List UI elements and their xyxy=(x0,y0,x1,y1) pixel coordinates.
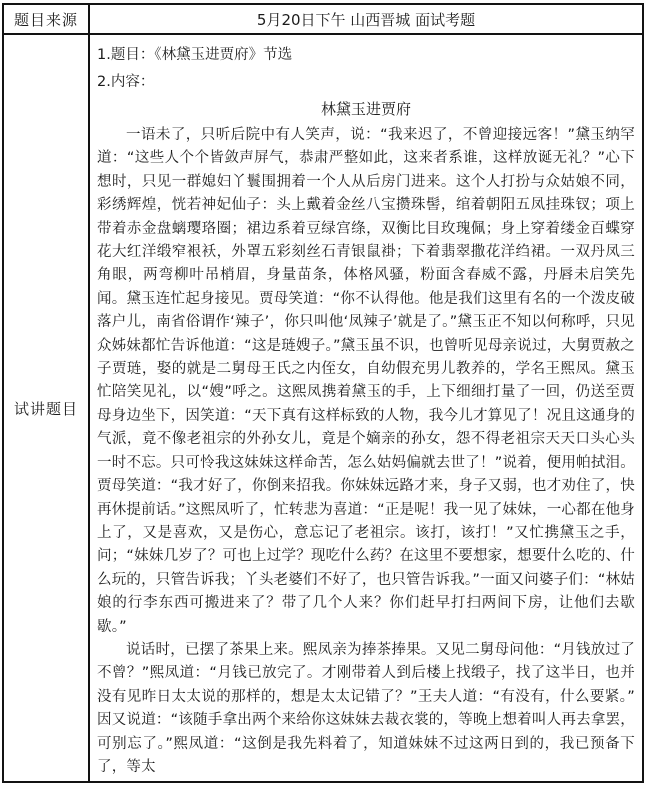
question-table: 题目来源 5月20日下午 山西晋城 面试考题 试讲题目 1.题目：《林黛玉进贾府… xyxy=(2,3,644,783)
passage-title: 林黛玉进贾府 xyxy=(97,97,635,122)
topic-item-content-label: 2.内容： xyxy=(97,69,635,96)
source-row-value: 5月20日下午 山西晋城 面试考题 xyxy=(90,5,642,35)
source-row-label: 题目来源 xyxy=(4,5,90,35)
passage-paragraph-1: 一语未了，只听后院中有人笑声，说：“我来迟了，不曾迎接远客！”黛玉纳罕道：“这些… xyxy=(97,124,635,639)
exam-document-page: 题目来源 5月20日下午 山西晋城 面试考题 试讲题目 1.题目：《林黛玉进贾府… xyxy=(0,0,646,789)
passage-paragraph-2: 说话时，已摆了茶果上来。熙凤亲为捧茶捧果。又见二舅母问他：“月钱放过了不曾？”熙… xyxy=(97,639,635,779)
lecture-topic-content: 1.题目：《林黛玉进贾府》节选 2.内容： 林黛玉进贾府 一语未了，只听后院中有… xyxy=(90,35,642,781)
topic-item-title: 1.题目：《林黛玉进贾府》节选 xyxy=(97,42,635,69)
lecture-topic-row-label: 试讲题目 xyxy=(4,35,90,781)
